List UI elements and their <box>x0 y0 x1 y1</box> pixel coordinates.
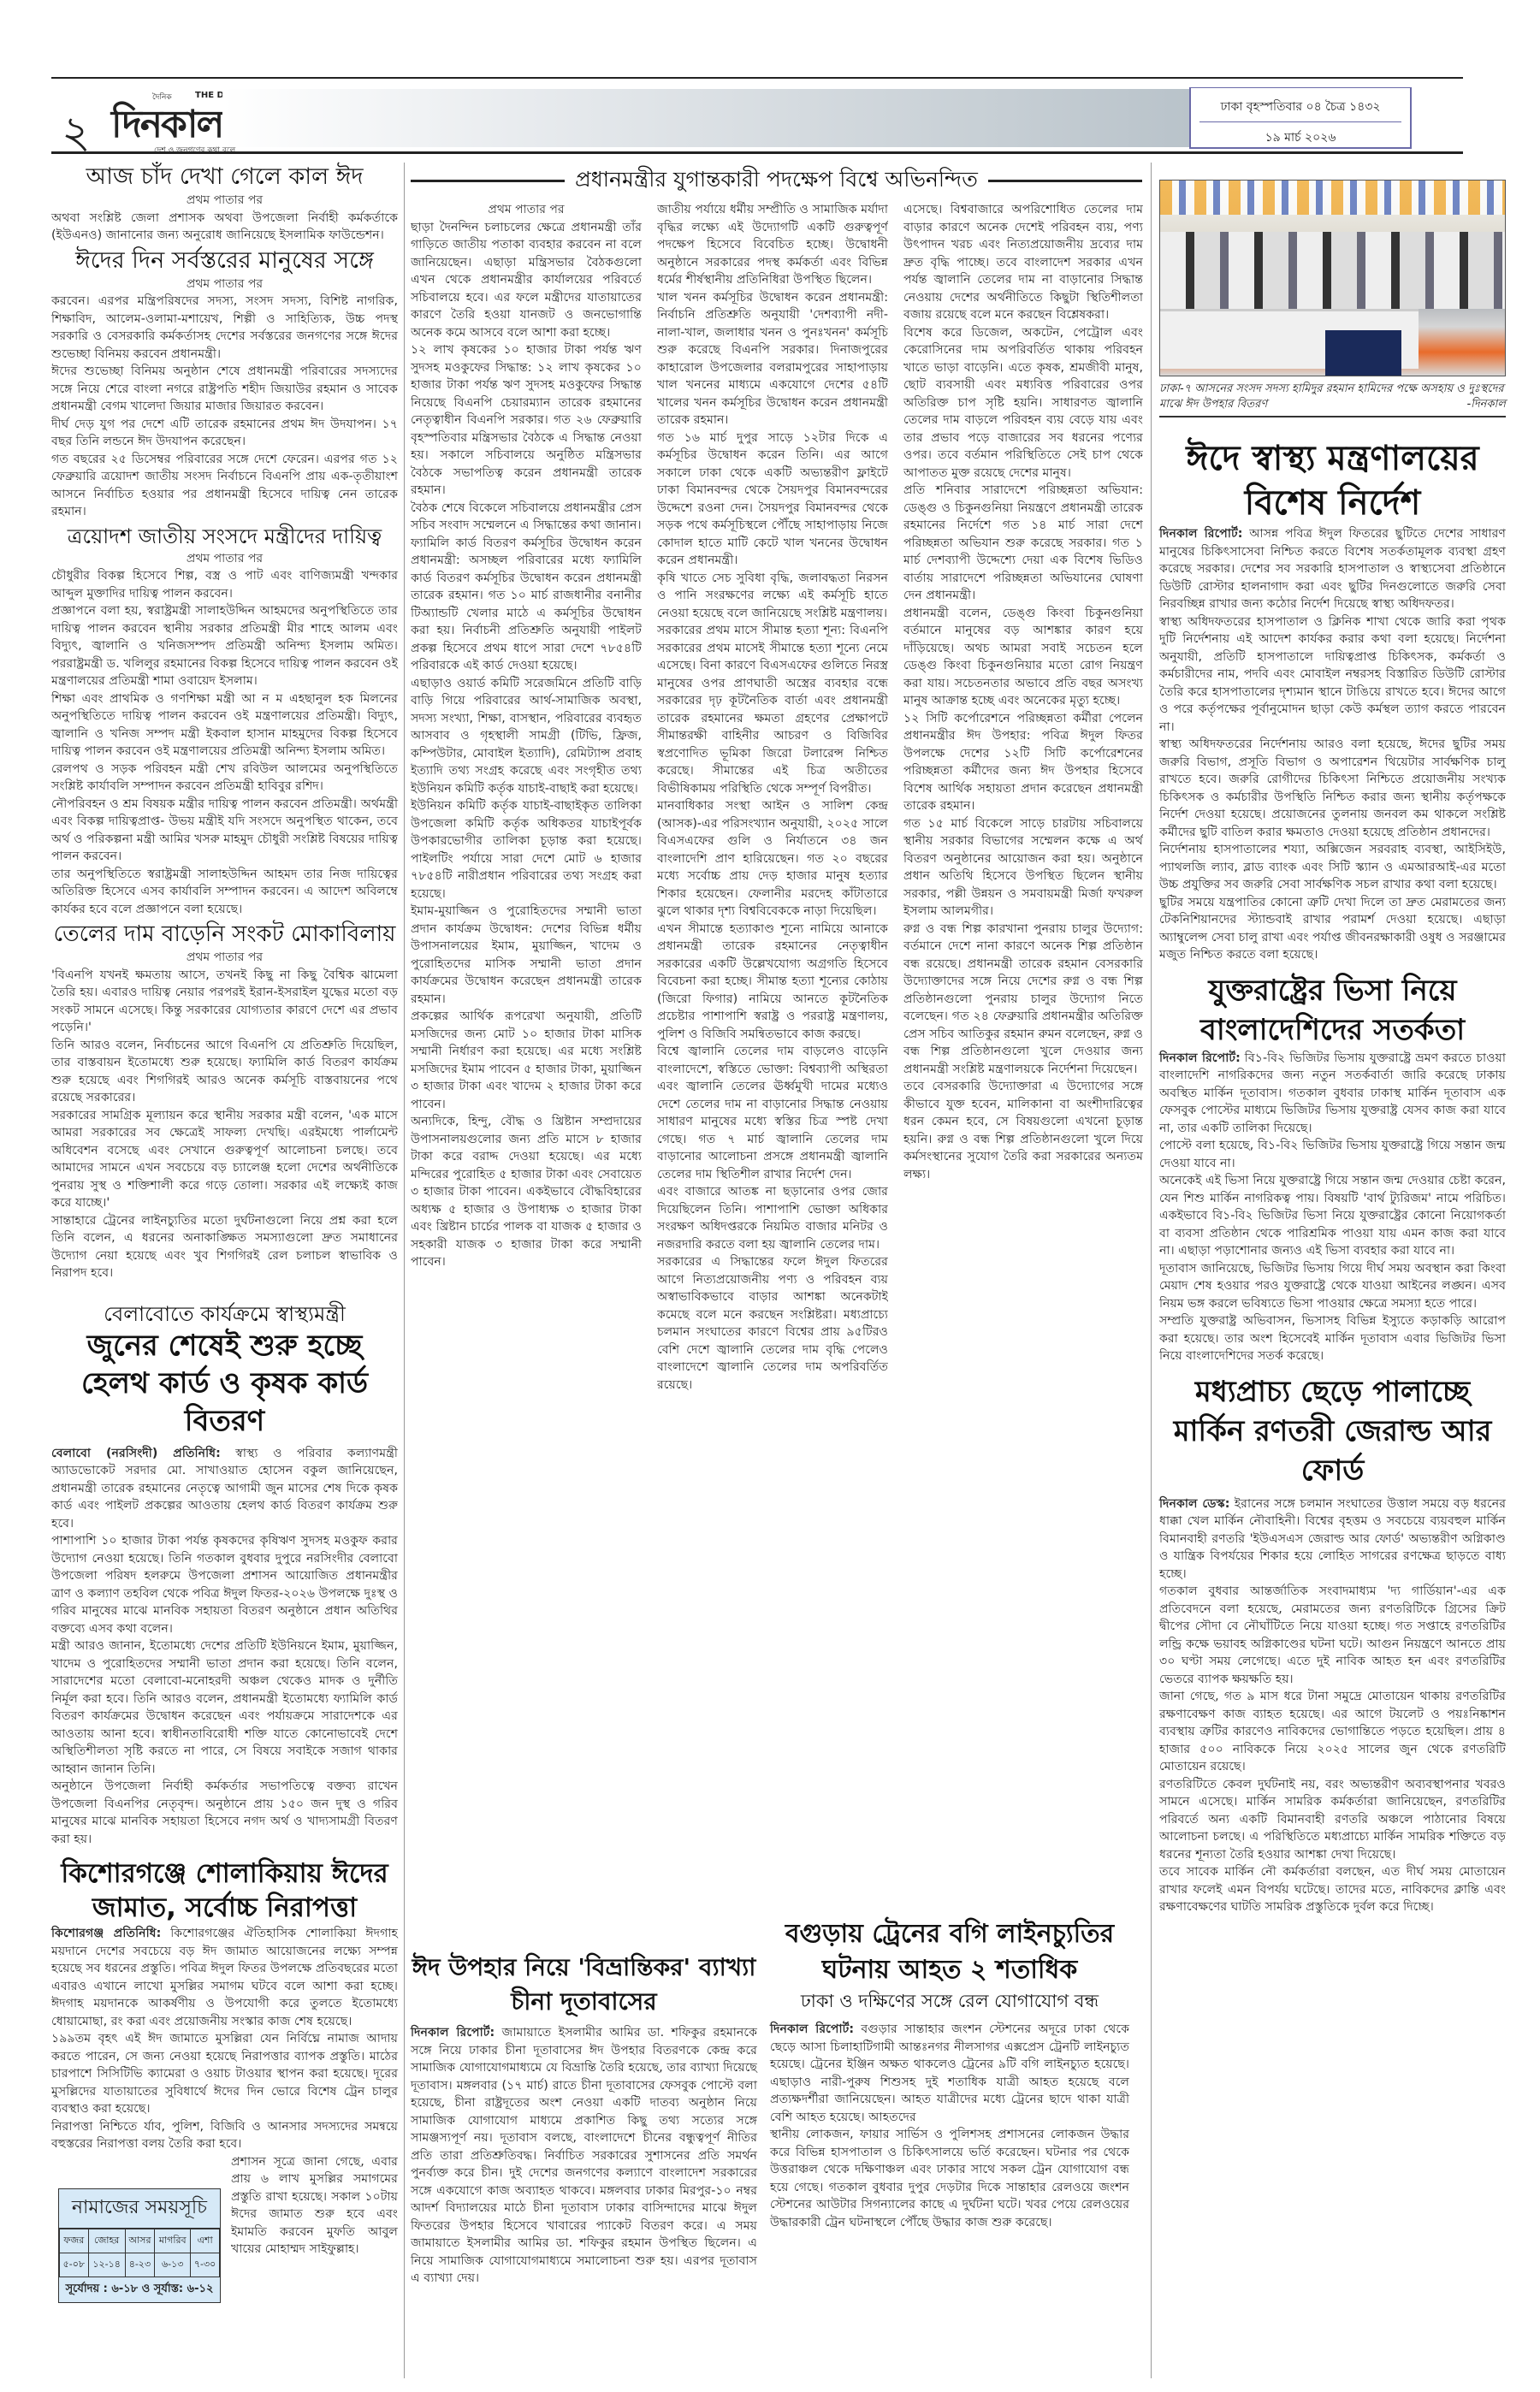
article-paragraph: করবেন। এরপর মন্ত্রিপরিষদের সদস্য, সংসদ স… <box>51 293 398 363</box>
caption-text: ঢাকা-৭ আসনের সংসদ সদস্য হামিদুর রহমান হা… <box>1159 382 1504 411</box>
headline-health-ministry: ঈদে স্বাস্থ্য মন্ত্রণালয়ের বিশেষ নির্দে… <box>1159 436 1506 525</box>
article-paragraph: এসেছে। বিশ্ববাজারে অপরিশোধিত তেলের দাম ব… <box>903 201 1143 324</box>
prayer-time: ১২-১৪ <box>88 2253 125 2277</box>
article-paragraph: অনুষ্ঠানে উপজেলা নির্বাহী কর্মকর্তার সভা… <box>51 1778 398 1848</box>
prayer-header: আসর <box>125 2229 155 2253</box>
center-column-1: প্রথম পাতার পর ছাড়া দৈনন্দিন চলাচলের ক্… <box>411 201 642 1929</box>
headline-eid-all-people: ঈদের দিন সর্বস্তরের মানুষের সঙ্গে <box>51 246 398 275</box>
train-derailment-story: বগুড়ায় ট্রেনের বগি লাইনচ্যুতির ঘটনায় … <box>770 1916 1129 2231</box>
continued-label: প্রথম পাতার পর <box>51 949 398 967</box>
article-paragraph: রুগ্ন ও বন্ধ শিল্প কারখানা পুনরায় চালুর… <box>903 921 1143 1079</box>
article-paragraph: চৌধুরীর বিকল্প হিসেবে শিল্প, বস্ত্র ও পা… <box>51 567 398 602</box>
article-paragraph: প্রধানমন্ত্রী বলেন, ডেঙ্গু কিংবা চিকুনগু… <box>903 605 1143 710</box>
byline: দিনকাল ডেস্ক: <box>1159 1497 1229 1511</box>
article-paragraph: জানা গেছে, গত ৯ মাস ধরে টানা সমুদ্রে মোত… <box>1159 1688 1506 1776</box>
continued-label: প্রথম পাতার পর <box>51 550 398 568</box>
article-paragraph: পোস্টে বলা হয়েছে, বি১-বি২ ভিজিটর ভিসায়… <box>1159 1137 1506 1172</box>
article-paragraph: পাশাপাশি ১০ হাজার টাকা পর্যন্ত কৃষকদের ক… <box>51 1532 398 1637</box>
headline-gerald-ford: মধ্যপ্রাচ্য ছেড়ে পালাচ্ছে মার্কিন রণতরী… <box>1159 1372 1506 1490</box>
date-bangla: ঢাকা বৃহস্পতিবার ০৪ চৈত্র ১৪৩২ <box>1199 97 1401 122</box>
masthead-gradient-band <box>222 89 1189 147</box>
article-paragraph: ঈদের শুভেচ্ছা বিনিময় অনুষ্ঠান শেষে প্রধ… <box>51 363 398 416</box>
article-body: জামায়াতে ইসলামীর আমির ডা. শফিকুর রহমানক… <box>411 2026 757 2285</box>
center-column-2: জাতীয় পর্যায়ে ধর্মীয় সম্প্রীতি ও সামা… <box>657 201 888 1929</box>
headline-moon-sighting: আজ চাঁদ দেখা গেলে কাল ঈদ <box>51 163 398 192</box>
article-paragraph: প্রজ্ঞাপনে বলা হয়, স্বরাষ্ট্রমন্ত্রী সা… <box>51 602 398 690</box>
continued-label: প্রথম পাতার পর <box>51 192 398 210</box>
left-column: আজ চাঁদ দেখা গেলে কাল ঈদ প্রথম পাতার পর … <box>51 163 398 2259</box>
byline: বেলাবো (নরসিংদী) প্রতিনিধি: <box>51 1447 221 1460</box>
headline-sholakia: কিশোরগঞ্জে শোলাকিয়ায় ঈদের জামাত, সর্বো… <box>51 1856 398 1925</box>
prayer-header: জোহর <box>88 2229 125 2253</box>
article-paragraph: বিশ্বে জ্বালানি তেলের দাম বাড়লেও বাড়েন… <box>657 1043 888 1183</box>
article-paragraph: বৈঠক শেষে বিকেলে সচিবালয়ে প্রধানমন্ত্রী… <box>411 500 642 535</box>
article-paragraph: গতকাল বুধবার আন্তর্জাতিক সংবাদমাধ্যম 'দ্… <box>1159 1583 1506 1688</box>
article-paragraph: গত ১৫ মার্চ বিকেলে সাড়ে চারটায় সচিবালয… <box>903 815 1143 921</box>
prayer-times-title: নামাজের সময়সূচি <box>59 2189 220 2229</box>
prayer-time: ৬-১৩ <box>155 2253 191 2277</box>
photo-bunting <box>1160 181 1505 215</box>
article-paragraph: তবে সাবেক মার্কিন নৌ কর্মকর্তারা বলছেন, … <box>1159 1863 1506 1916</box>
center-headline-bar: প্রধানমন্ত্রীর যুগান্তকারী পদক্ষেপ বিশ্ব… <box>411 163 1142 199</box>
article-paragraph: তবে বেসরকারি উদ্যোক্তারা এ উদ্যোগের সঙ্গ… <box>903 1078 1143 1183</box>
article-paragraph: সরকারের এ সিদ্ধান্তের ফলে ঈদুল ফিতরের আগ… <box>657 1253 888 1394</box>
article-paragraph: প্রশাসন সূত্রে জানা গেছে, এবার প্রায় ৬ … <box>231 2153 398 2259</box>
byline: কিশোরগঞ্জ প্রতিনিধি: <box>51 1927 161 1940</box>
photo-crowd <box>1160 232 1505 309</box>
article-paragraph: ছুটির সময়ে যন্ত্রপাতির কোনো ত্রুটি দেখা… <box>1159 894 1506 964</box>
column-divider <box>404 163 405 2378</box>
article-paragraph: গত ১৬ মার্চ দুপুর সাড়ে ১২টার দিকে এ কর্… <box>657 429 888 570</box>
prayer-time: ৫-০৮ <box>60 2253 89 2277</box>
article-paragraph: নিরাপত্তা নিশ্চিতে র্যাব, পুলিশ, বিজিবি … <box>51 2118 398 2153</box>
article-paragraph: প্রকল্পের আর্থিক রূপরেখা অনুযায়ী, প্রতি… <box>411 1008 642 1113</box>
headline-train-derailment: বগুড়ায় ট্রেনের বগি লাইনচ্যুতির ঘটনায় … <box>770 1916 1129 1988</box>
article-paragraph: ছাড়া দৈনন্দিন চলাচলের ক্ষেত্রে প্রধানমন… <box>411 219 642 342</box>
article-paragraph: নির্দেশনায় হাসপাতালের শয্যা, অক্সিজেন স… <box>1159 841 1506 894</box>
article-paragraph: সরকারের প্রথম মাসে সীমান্ত হত্যা শূন্য: … <box>657 622 888 797</box>
prayer-time: ৪-২৩ <box>125 2253 155 2277</box>
article-paragraph: অন্যদিকে, হিন্দু, বৌদ্ধ ও খ্রিষ্টান সম্প… <box>411 1113 642 1271</box>
article-paragraph: 'বিএনপি যখনই ক্ষমতায় আসে, তখনই কিছু না … <box>51 967 398 1037</box>
article-paragraph: রেলপথ ও সড়ক পরিবহন মন্ত্রী শেখ রবিউল আল… <box>51 761 398 796</box>
article-paragraph: মানবাধিকার সংস্থা আইন ও সালিশ কেন্দ্র (আ… <box>657 797 888 921</box>
article-paragraph: স্থানীয় লোকজন, ফায়ার সার্ভিস ও পুলিশসহ… <box>770 2126 1129 2231</box>
article-body: অথবা সংশ্লিষ্ট জেলা প্রশাসক অথবা উপজেলা … <box>51 210 398 245</box>
article-paragraph: ইমাম-মুয়াজ্জিন ও পুরোহিতদের সম্মানী ভাত… <box>411 903 642 1008</box>
article-paragraph: খাল খনন কর্মসূচির উদ্বোধন করেন প্রধানমন্… <box>657 289 888 429</box>
article-paragraph: গত বছরের ২৫ ডিসেম্বর পরিবারের সঙ্গে দেশে… <box>51 451 398 521</box>
article-paragraph: প্রতি শনিবার সারাদেশে পরিচ্ছন্নতা অভিযান… <box>903 482 1143 605</box>
article-paragraph: ১৯৯তম বৃহৎ এই ঈদ জামাতে মুসল্লিরা যেন নি… <box>51 2030 398 2118</box>
byline: দিনকাল রিপোর্ট: <box>411 2026 495 2040</box>
news-photo-eid-gift-distribution <box>1159 180 1506 376</box>
article-paragraph: দীর্ঘ দেড় যুগ পর দেশে এটি তারেক রহমানের… <box>51 416 398 451</box>
sunrise-sunset: সূর্যোদয় : ৬-১৮ ও সূর্যাস্ত: ৬-১২ <box>59 2277 220 2302</box>
divider <box>411 180 565 182</box>
headline-pm-steps: প্রধানমন্ত্রীর যুগান্তকারী পদক্ষেপ বিশ্ব… <box>575 163 978 199</box>
article-paragraph: স্বাস্থ্য অধিদফতরের নির্দেশনায় আরও বলা … <box>1159 736 1506 841</box>
article-paragraph: শিক্ষা এবং প্রাথমিক ও গণশিক্ষা মন্ত্রী আ… <box>51 690 398 761</box>
kicker-belabo: বেলাবোতে কার্যক্রমে স্বাস্থ্যমন্ত্রী <box>51 1301 398 1327</box>
headline-us-visa: যুক্তরাষ্ট্রের ভিসা নিয়ে বাংলাদেশিদের স… <box>1159 971 1506 1050</box>
article-paragraph: সম্প্রতি যুক্তরাষ্ট্র অভিবাসন, ভিসাসহ বি… <box>1159 1312 1506 1365</box>
prayer-header: ফজর <box>60 2229 89 2253</box>
article-paragraph: মন্ত্রী আরও জানান, ইতোমধ্যে দেশের প্রতিট… <box>51 1637 398 1778</box>
continued-label: প্রথম পাতার পর <box>411 201 642 219</box>
subheadline-rail-link: ঢাকা ও দক্ষিণের সঙ্গে রেল যোগাযোগ বন্ধ <box>770 1988 1129 2014</box>
continued-label: প্রথম পাতার পর <box>51 275 398 293</box>
article-paragraph: স্বাস্থ্য অধিদফতরের হাসপাতাল ও ক্লিনিক শ… <box>1159 613 1506 737</box>
prayer-times-box: নামাজের সময়সূচি ফজর জোহর আসর মাগরিব এশা… <box>58 2188 221 2303</box>
article-paragraph: বিশেষ করে ডিজেল, অকটেন, পেট্রোল এবং কেরো… <box>903 324 1143 483</box>
article-paragraph: নৌপরিবহন ও শ্রম বিষয়ক মন্ত্রীর দায়িত্ব… <box>51 796 398 866</box>
column-divider <box>1151 163 1152 2378</box>
divider <box>988 180 1142 182</box>
article-paragraph: রণতরিটিতে কেবল দুর্ঘটনাই নয়, বরং অভ্যন্… <box>1159 1776 1506 1864</box>
date-english: ১৯ মার্চ ২০২৬ <box>1191 127 1410 148</box>
headline-health-card: জুনের শেষেই শুরু হচ্ছে হেলথ কার্ড ও কৃষক… <box>51 1327 398 1440</box>
photo-figure <box>1325 330 1401 376</box>
headline-oil-price: তেলের দাম বাড়েনি সংকট মোকাবিলায় <box>51 920 398 949</box>
article-paragraph: কিশোরগঞ্জের ঐতিহাসিক শোলাকিয়া ঈদগাহ ময়… <box>51 1927 398 2028</box>
right-column: ঈদে স্বাস্থ্য মন্ত্রণালয়ের বিশেষ নির্দে… <box>1159 436 1506 1916</box>
article-paragraph: ফ্যামিলি কার্ড বিতরণ কর্মসূচির উদ্বোধন ক… <box>411 535 642 675</box>
article-paragraph: ১২ সিটি কর্পোরেশনে পরিচ্ছন্নতা কর্মীরা প… <box>903 710 1143 815</box>
center-column-3: এসেছে। বিশ্ববাজারে অপরিশোধিত তেলের দাম ব… <box>903 201 1143 1929</box>
byline: দিনকাল রিপোর্ট: <box>1159 527 1242 541</box>
headline-china-embassy: ঈদ উপহার নিয়ে 'বিভ্রান্তিকর' ব্যাখ্যা চ… <box>411 1951 757 2019</box>
date-box: ঢাকা বৃহস্পতিবার ০৪ চৈত্র ১৪৩২ ১৯ মার্চ … <box>1189 87 1412 149</box>
article-paragraph: সরকারের সামগ্রিক মূল্যায়ন করে স্থানীয় … <box>51 1107 398 1212</box>
article-paragraph: এছাড়াও ওয়ার্ড কমিটি সরেজমিনে প্রতিটি ব… <box>411 675 642 798</box>
article-paragraph: তিনি আরও বলেন, নির্বাচনের আগে বিএনপি যে … <box>51 1037 398 1107</box>
photo-credit: -দিনকাল <box>1466 397 1506 412</box>
byline: দিনকাল রিপোর্ট: <box>770 2022 854 2036</box>
page-number: ২ <box>62 98 91 172</box>
prayer-header: মাগরিব <box>155 2229 191 2253</box>
china-embassy-story: ঈদ উপহার নিয়ে 'বিভ্রান্তিকর' ব্যাখ্যা চ… <box>411 1951 757 2288</box>
photo-caption: ঢাকা-৭ আসনের সংসদ সদস্য হামিদুর রহমান হা… <box>1159 382 1506 417</box>
article-paragraph: জাতীয় পর্যায়ে ধর্মীয় সম্প্রীতি ও সামা… <box>657 201 888 289</box>
article-paragraph: তার অনুপস্থিতিতে স্বরাষ্ট্রমন্ত্রী সালাহ… <box>51 866 398 919</box>
prayer-header: এশা <box>191 2229 220 2253</box>
article-paragraph: বগুড়ার সান্তাহার জংশন স্টেশনের অদূরে ঢা… <box>770 2022 1129 2124</box>
prayer-time: ৭-৩০ <box>191 2253 220 2277</box>
article-paragraph: কৃষি খাতে সেচ সুবিধা বৃদ্ধি, জলাবদ্ধতা ন… <box>657 570 888 623</box>
article-paragraph: ১২ লাখ কৃষকের ১০ হাজার টাকা পর্যন্ত ঋণ স… <box>411 341 642 500</box>
headline-ministers-duty: ত্রয়োদশ জাতীয় সংসদে মন্ত্রীদের দায়িত্… <box>51 523 398 550</box>
article-paragraph: সান্তাহারে ট্রেনের লাইনচ্যুতির মতো দুর্ঘ… <box>51 1212 398 1282</box>
masthead: ২ দৈনিক THE DAILY DINKAL দিনকাল দেশ ও জন… <box>51 77 1463 154</box>
article-paragraph: অনেকেই এই ভিসা নিয়ে যুক্তরাষ্ট্রে গিয়ে… <box>1159 1172 1506 1260</box>
article-paragraph: ইউনিয়ন কমিটি কর্তৃক যাচাই-বাছাইকৃত তালি… <box>411 797 642 903</box>
article-paragraph: এবং বাজারে আতঙ্ক না ছড়ানোর ওপর জোর দিয়… <box>657 1183 888 1253</box>
byline: দিনকাল রিপোর্ট: <box>1159 1051 1241 1065</box>
prayer-times-table: ফজর জোহর আসর মাগরিব এশা ৫-০৮ ১২-১৪ ৪-২৩ … <box>59 2229 220 2277</box>
article-paragraph: এখন সীমান্তে হত্যাকাণ্ড শূন্যে নামিয়ে আ… <box>657 921 888 1044</box>
article-paragraph: দূতাবাস জানিয়েছে, ভিজিটর ভিসায় গিয়ে দ… <box>1159 1260 1506 1313</box>
